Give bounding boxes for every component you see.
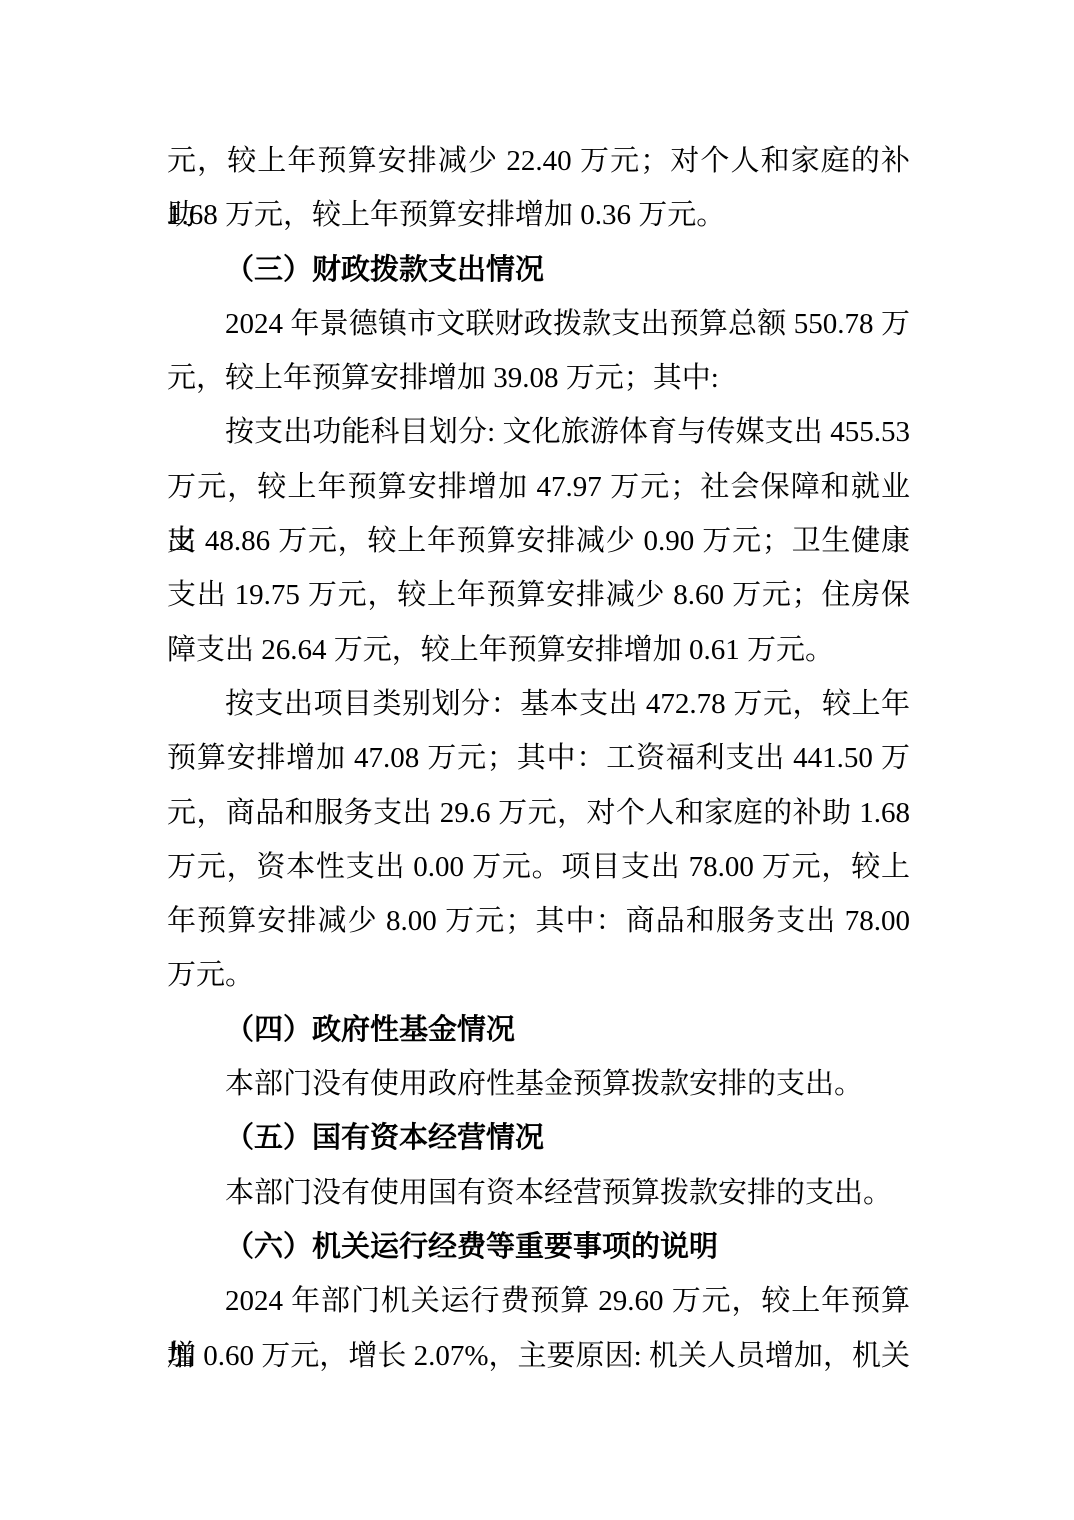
text-line: 万元。 [167, 948, 910, 1002]
text-line: 本部门没有使用政府性基金预算拨款安排的支出。 [167, 1057, 910, 1111]
text-line: 本部门没有使用国有资本经营预算拨款安排的支出。 [167, 1166, 910, 1220]
text-line: 按支出功能科目划分: 文化旅游体育与传媒支出 455.53 [167, 405, 910, 459]
text-line: 加 0.60 万元，增长 2.07%，主要原因: 机关人员增加，机关 [167, 1329, 910, 1383]
text-line: 支出 19.75 万元，较上年预算安排减少 8.60 万元；住房保 [167, 568, 910, 622]
text-line: 出 48.86 万元，较上年预算安排减少 0.90 万元；卫生健康 [167, 514, 910, 568]
section-heading: （三）财政拨款支出情况 [167, 243, 910, 297]
section-heading: （六）机关运行经费等重要事项的说明 [167, 1220, 910, 1274]
text-line: 2024 年景德镇市文联财政拨款支出预算总额 550.78 万 [167, 297, 910, 351]
text-line: 元，较上年预算安排减少 22.40 万元；对个人和家庭的补助 [167, 134, 910, 188]
text-line: 障支出 26.64 万元，较上年预算安排增加 0.61 万元。 [167, 623, 910, 677]
document-text-block: 元，较上年预算安排减少 22.40 万元；对个人和家庭的补助 1.68 万元，较… [167, 134, 910, 1383]
section-heading: （五）国有资本经营情况 [167, 1111, 910, 1165]
text-line: 万元，较上年预算安排增加 47.97 万元；社会保障和就业支 [167, 460, 910, 514]
text-line: 元，商品和服务支出 29.6 万元，对个人和家庭的补助 1.68 [167, 786, 910, 840]
text-line: 预算安排增加 47.08 万元；其中：工资福利支出 441.50 万 [167, 731, 910, 785]
text-line: 按支出项目类别划分：基本支出 472.78 万元，较上年 [167, 677, 910, 731]
document-page: 元，较上年预算安排减少 22.40 万元；对个人和家庭的补助 1.68 万元，较… [0, 0, 1074, 1520]
text-line: 1.68 万元，较上年预算安排增加 0.36 万元。 [167, 188, 910, 242]
section-heading: （四）政府性基金情况 [167, 1003, 910, 1057]
text-line: 元，较上年预算安排增加 39.08 万元；其中: [167, 351, 910, 405]
text-line: 年预算安排减少 8.00 万元；其中：商品和服务支出 78.00 [167, 894, 910, 948]
text-line: 万元，资本性支出 0.00 万元。项目支出 78.00 万元，较上 [167, 840, 910, 894]
text-line: 2024 年部门机关运行费预算 29.60 万元，较上年预算增 [167, 1274, 910, 1328]
